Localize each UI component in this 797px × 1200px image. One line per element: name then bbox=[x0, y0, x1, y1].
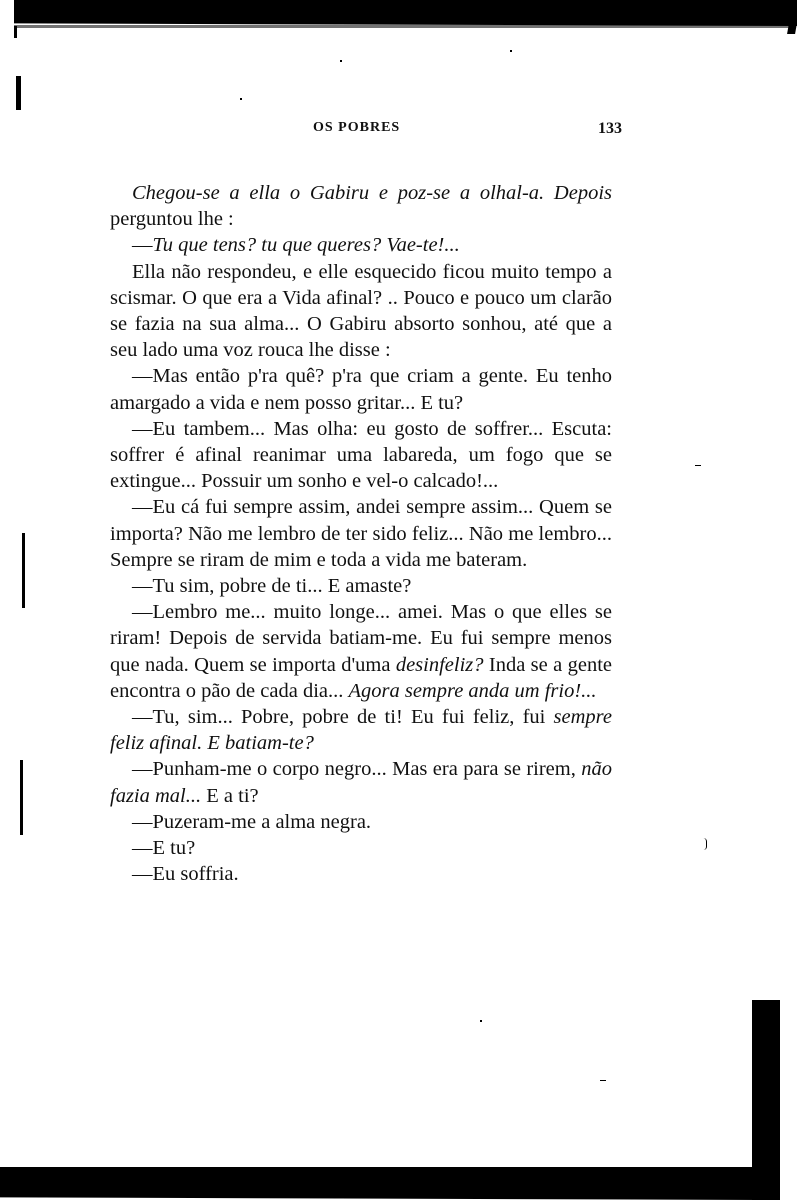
scan-speck bbox=[340, 60, 342, 62]
margin-mark bbox=[22, 533, 25, 608]
text-run: — bbox=[132, 234, 153, 256]
paragraph: —Puzeram-me a alma negra. bbox=[110, 809, 612, 835]
italic-text-run: Chegou-se a ella o Gabiru e poz-se a olh… bbox=[132, 182, 612, 204]
paragraph: —E tu? bbox=[110, 835, 612, 861]
running-head: OS POBRES 133 bbox=[110, 120, 622, 140]
text-run: —Eu soffria. bbox=[132, 863, 239, 885]
paragraph: —Eu soffria. bbox=[110, 861, 612, 887]
italic-text-run: desinfeliz? bbox=[396, 654, 484, 676]
scan-speck bbox=[510, 50, 512, 52]
text-run: —Tu, sim... Pobre, pobre de ti! Eu fui f… bbox=[132, 706, 554, 728]
paragraph: —Lembro me... muito longe... amei. Mas o… bbox=[110, 599, 612, 704]
paragraph: Chegou-se a ella o Gabiru e poz-se a olh… bbox=[110, 180, 612, 232]
paragraph: —Tu sim, pobre de ti... E amaste? bbox=[110, 573, 612, 599]
page-number: 133 bbox=[598, 120, 622, 138]
text-run: —Eu cá fui sempre assim, andei sempre as… bbox=[110, 496, 612, 570]
text-run: —E tu? bbox=[132, 837, 195, 859]
paragraph: —Tu, sim... Pobre, pobre de ti! Eu fui f… bbox=[110, 704, 612, 756]
margin-mark bbox=[20, 760, 23, 835]
text-run: —Tu sim, pobre de ti... E amaste? bbox=[132, 575, 411, 597]
scan-speck bbox=[700, 838, 707, 850]
paragraph: —Eu cá fui sempre assim, andei sempre as… bbox=[110, 494, 612, 573]
text-run: —Eu tambem... Mas olha: eu gosto de soff… bbox=[110, 418, 612, 492]
scan-border-right bbox=[752, 1000, 780, 1200]
scan-speck bbox=[695, 465, 701, 466]
text-run: E a ti? bbox=[201, 785, 259, 807]
paragraph: —Punham-me o corpo negro... Mas era para… bbox=[110, 756, 612, 808]
margin-mark bbox=[16, 76, 21, 110]
italic-text-run: Agora sempre anda um frio!... bbox=[348, 680, 596, 702]
text-run: —Puzeram-me a alma negra. bbox=[132, 811, 371, 833]
scan-speck bbox=[240, 98, 242, 100]
scan-border-bottom bbox=[0, 1167, 770, 1200]
italic-text-run: Tu que tens? tu que queres? Vae-te!... bbox=[153, 234, 460, 256]
text-run: —Mas então p'ra quê? p'ra que criam a ge… bbox=[110, 365, 612, 413]
body-text: Chegou-se a ella o Gabiru e poz-se a olh… bbox=[110, 180, 612, 887]
scan-speck bbox=[600, 1080, 606, 1081]
paragraph: —Eu tambem... Mas olha: eu gosto de soff… bbox=[110, 416, 612, 495]
text-run: perguntou lhe : bbox=[110, 208, 234, 230]
paragraph: Ella não respondeu, e elle esquecido fic… bbox=[110, 259, 612, 364]
paragraph: —Tu que tens? tu que queres? Vae-te!... bbox=[110, 232, 612, 258]
scan-border-top-line bbox=[14, 25, 789, 28]
scan-border-top bbox=[14, 0, 797, 26]
paragraph: —Mas então p'ra quê? p'ra que criam a ge… bbox=[110, 363, 612, 415]
scan-speck bbox=[480, 1020, 482, 1022]
text-run: Ella não respondeu, e elle esquecido fic… bbox=[110, 261, 612, 362]
scan-border-top-hook bbox=[14, 26, 17, 38]
text-run: —Punham-me o corpo negro... Mas era para… bbox=[132, 758, 581, 780]
running-title: OS POBRES bbox=[313, 120, 400, 136]
